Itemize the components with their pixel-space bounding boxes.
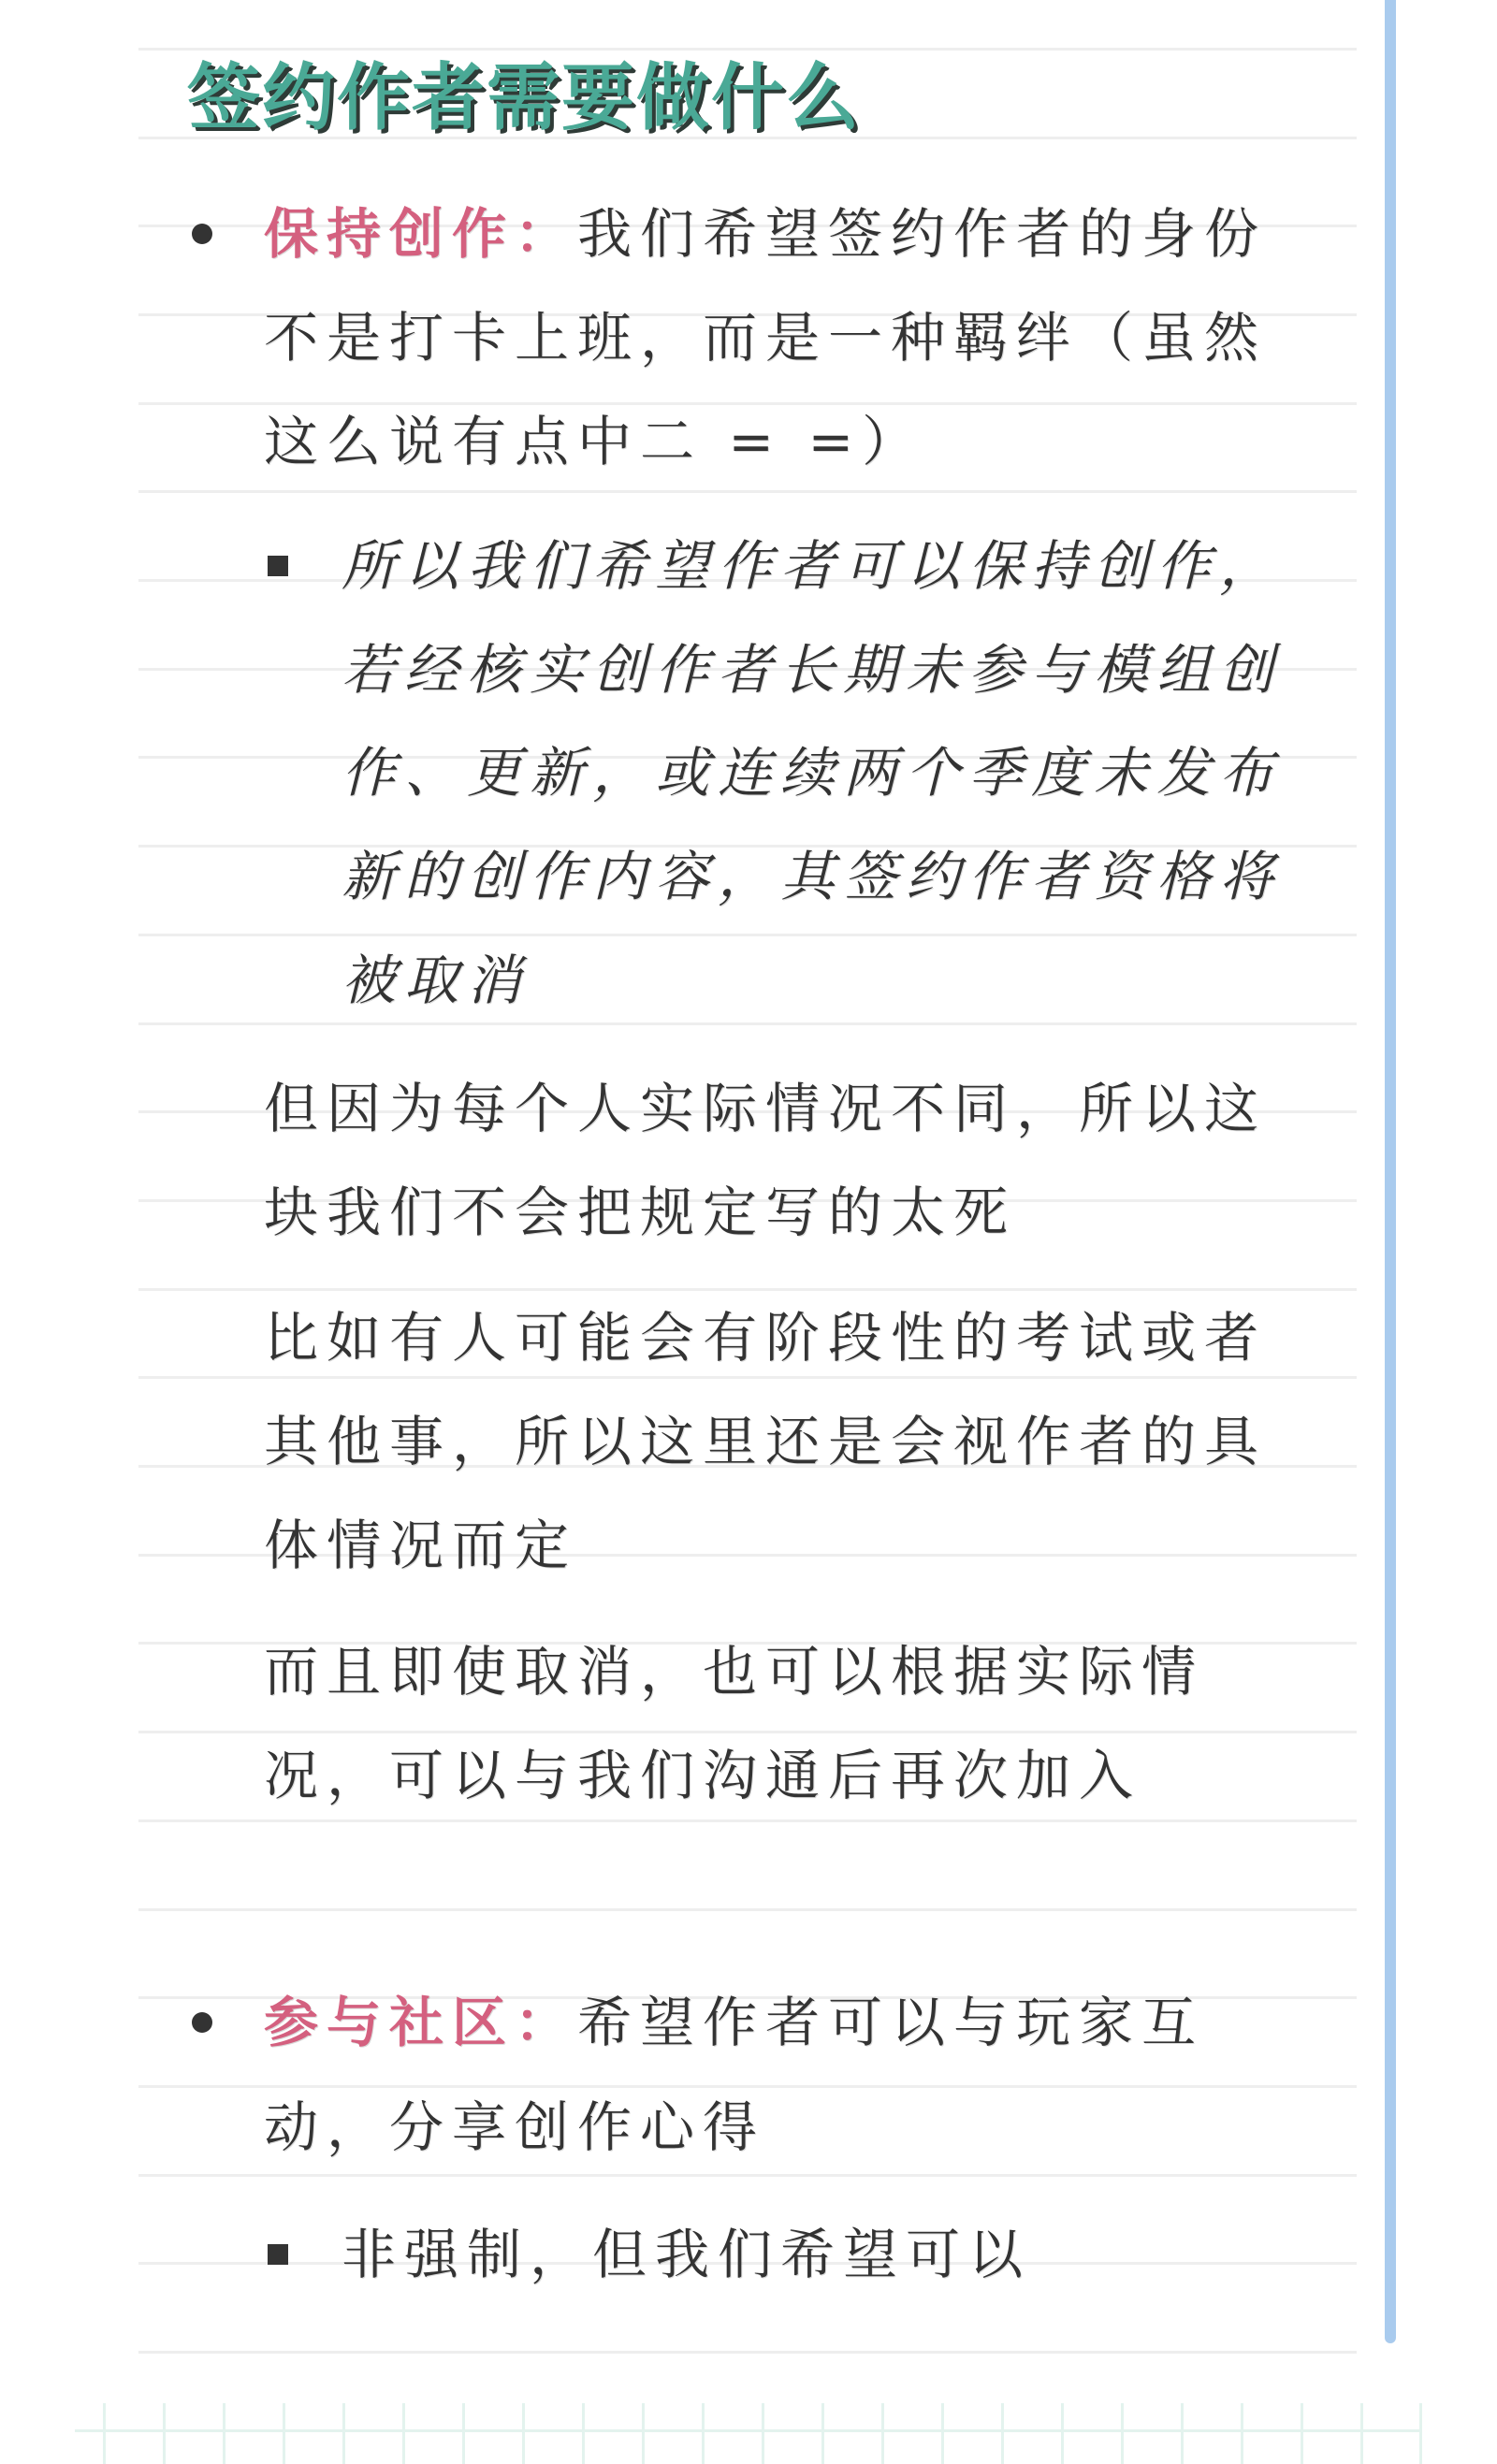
grid-line — [941, 2403, 944, 2464]
item-label: 保持创作： — [264, 202, 577, 266]
rule-line — [138, 934, 1357, 936]
grid-line — [163, 2403, 166, 2464]
grid-line — [1419, 2403, 1422, 2464]
list-item-line: 不是打卡上班，而是一种羁绊（虽然 — [264, 286, 1267, 390]
grid-line — [1001, 2403, 1004, 2464]
grid-pattern — [75, 2403, 1422, 2464]
sub-item-line: 非强制，但我们希望可以 — [342, 2203, 1031, 2307]
paragraph-line: 体情况而定 — [264, 1494, 577, 1598]
grid-line — [1360, 2403, 1363, 2464]
item-label: 参与社区： — [264, 1991, 577, 2054]
grid-line — [762, 2403, 764, 2464]
sub-item-line: 所以我们希望作者可以保持创作， — [342, 515, 1282, 618]
rule-line — [138, 48, 1357, 51]
grid-line — [223, 2403, 225, 2464]
grid-line — [342, 2403, 345, 2464]
list-item-line: 动，分享创作心得 — [264, 2076, 765, 2180]
grid-line — [75, 2429, 1422, 2432]
sub-item-line: 若经核实创作者长期未参与模组创 — [342, 618, 1282, 722]
item-text: 我们希望签约作者的身份 — [577, 202, 1267, 266]
paragraph-line: 比如有人可能会有阶段性的考试或者 — [264, 1286, 1267, 1390]
grid-line — [103, 2403, 106, 2464]
paragraph-line: 而且即使取消，也可以根据实际情 — [264, 1620, 1204, 1724]
section-heading: 签约作者需要做什么 — [187, 51, 861, 145]
grid-line — [1121, 2403, 1124, 2464]
rule-line — [138, 1022, 1357, 1025]
grid-line — [462, 2403, 465, 2464]
list-item-line: 这么说有点中二 = =） — [264, 390, 924, 494]
grid-line — [642, 2403, 645, 2464]
sub-item-line: 被取消 — [342, 929, 530, 1033]
grid-line — [1181, 2403, 1184, 2464]
item-text: 希望作者可以与玩家互 — [577, 1991, 1204, 2054]
grid-line — [283, 2403, 285, 2464]
grid-line — [881, 2403, 884, 2464]
sub-item-line: 新的创作内容，其签约作者资格将 — [342, 825, 1282, 929]
grid-line — [402, 2403, 405, 2464]
paragraph-line: 其他事，所以这里还是会视作者的具 — [264, 1390, 1267, 1494]
paragraph-line: 块我们不会把规定写的太死 — [264, 1161, 1016, 1265]
grid-line — [1241, 2403, 1243, 2464]
sub-item-line: 作、更新，或连续两个季度未发布 — [342, 721, 1282, 825]
paragraph-line: 但因为每个人实际情况不同，所以这 — [264, 1057, 1267, 1161]
grid-line — [821, 2403, 824, 2464]
paragraph-line: 况，可以与我们沟通后再次加入 — [264, 1724, 1141, 1828]
bullet-dot-icon — [192, 2012, 212, 2033]
side-accent-bar — [1385, 0, 1396, 2343]
grid-line — [1301, 2403, 1303, 2464]
bullet-square-icon — [268, 2244, 288, 2265]
bullet-square-icon — [268, 556, 288, 576]
rule-line — [138, 1908, 1357, 1911]
grid-line — [1061, 2403, 1064, 2464]
grid-line — [582, 2403, 585, 2464]
list-item-line: 保持创作：我们希望签约作者的身份 — [264, 182, 1267, 286]
bullet-dot-icon — [192, 224, 212, 244]
rule-line — [138, 2351, 1357, 2354]
list-item-line: 参与社区：希望作者可以与玩家互 — [264, 1971, 1204, 2075]
grid-line — [522, 2403, 525, 2464]
grid-line — [702, 2403, 705, 2464]
